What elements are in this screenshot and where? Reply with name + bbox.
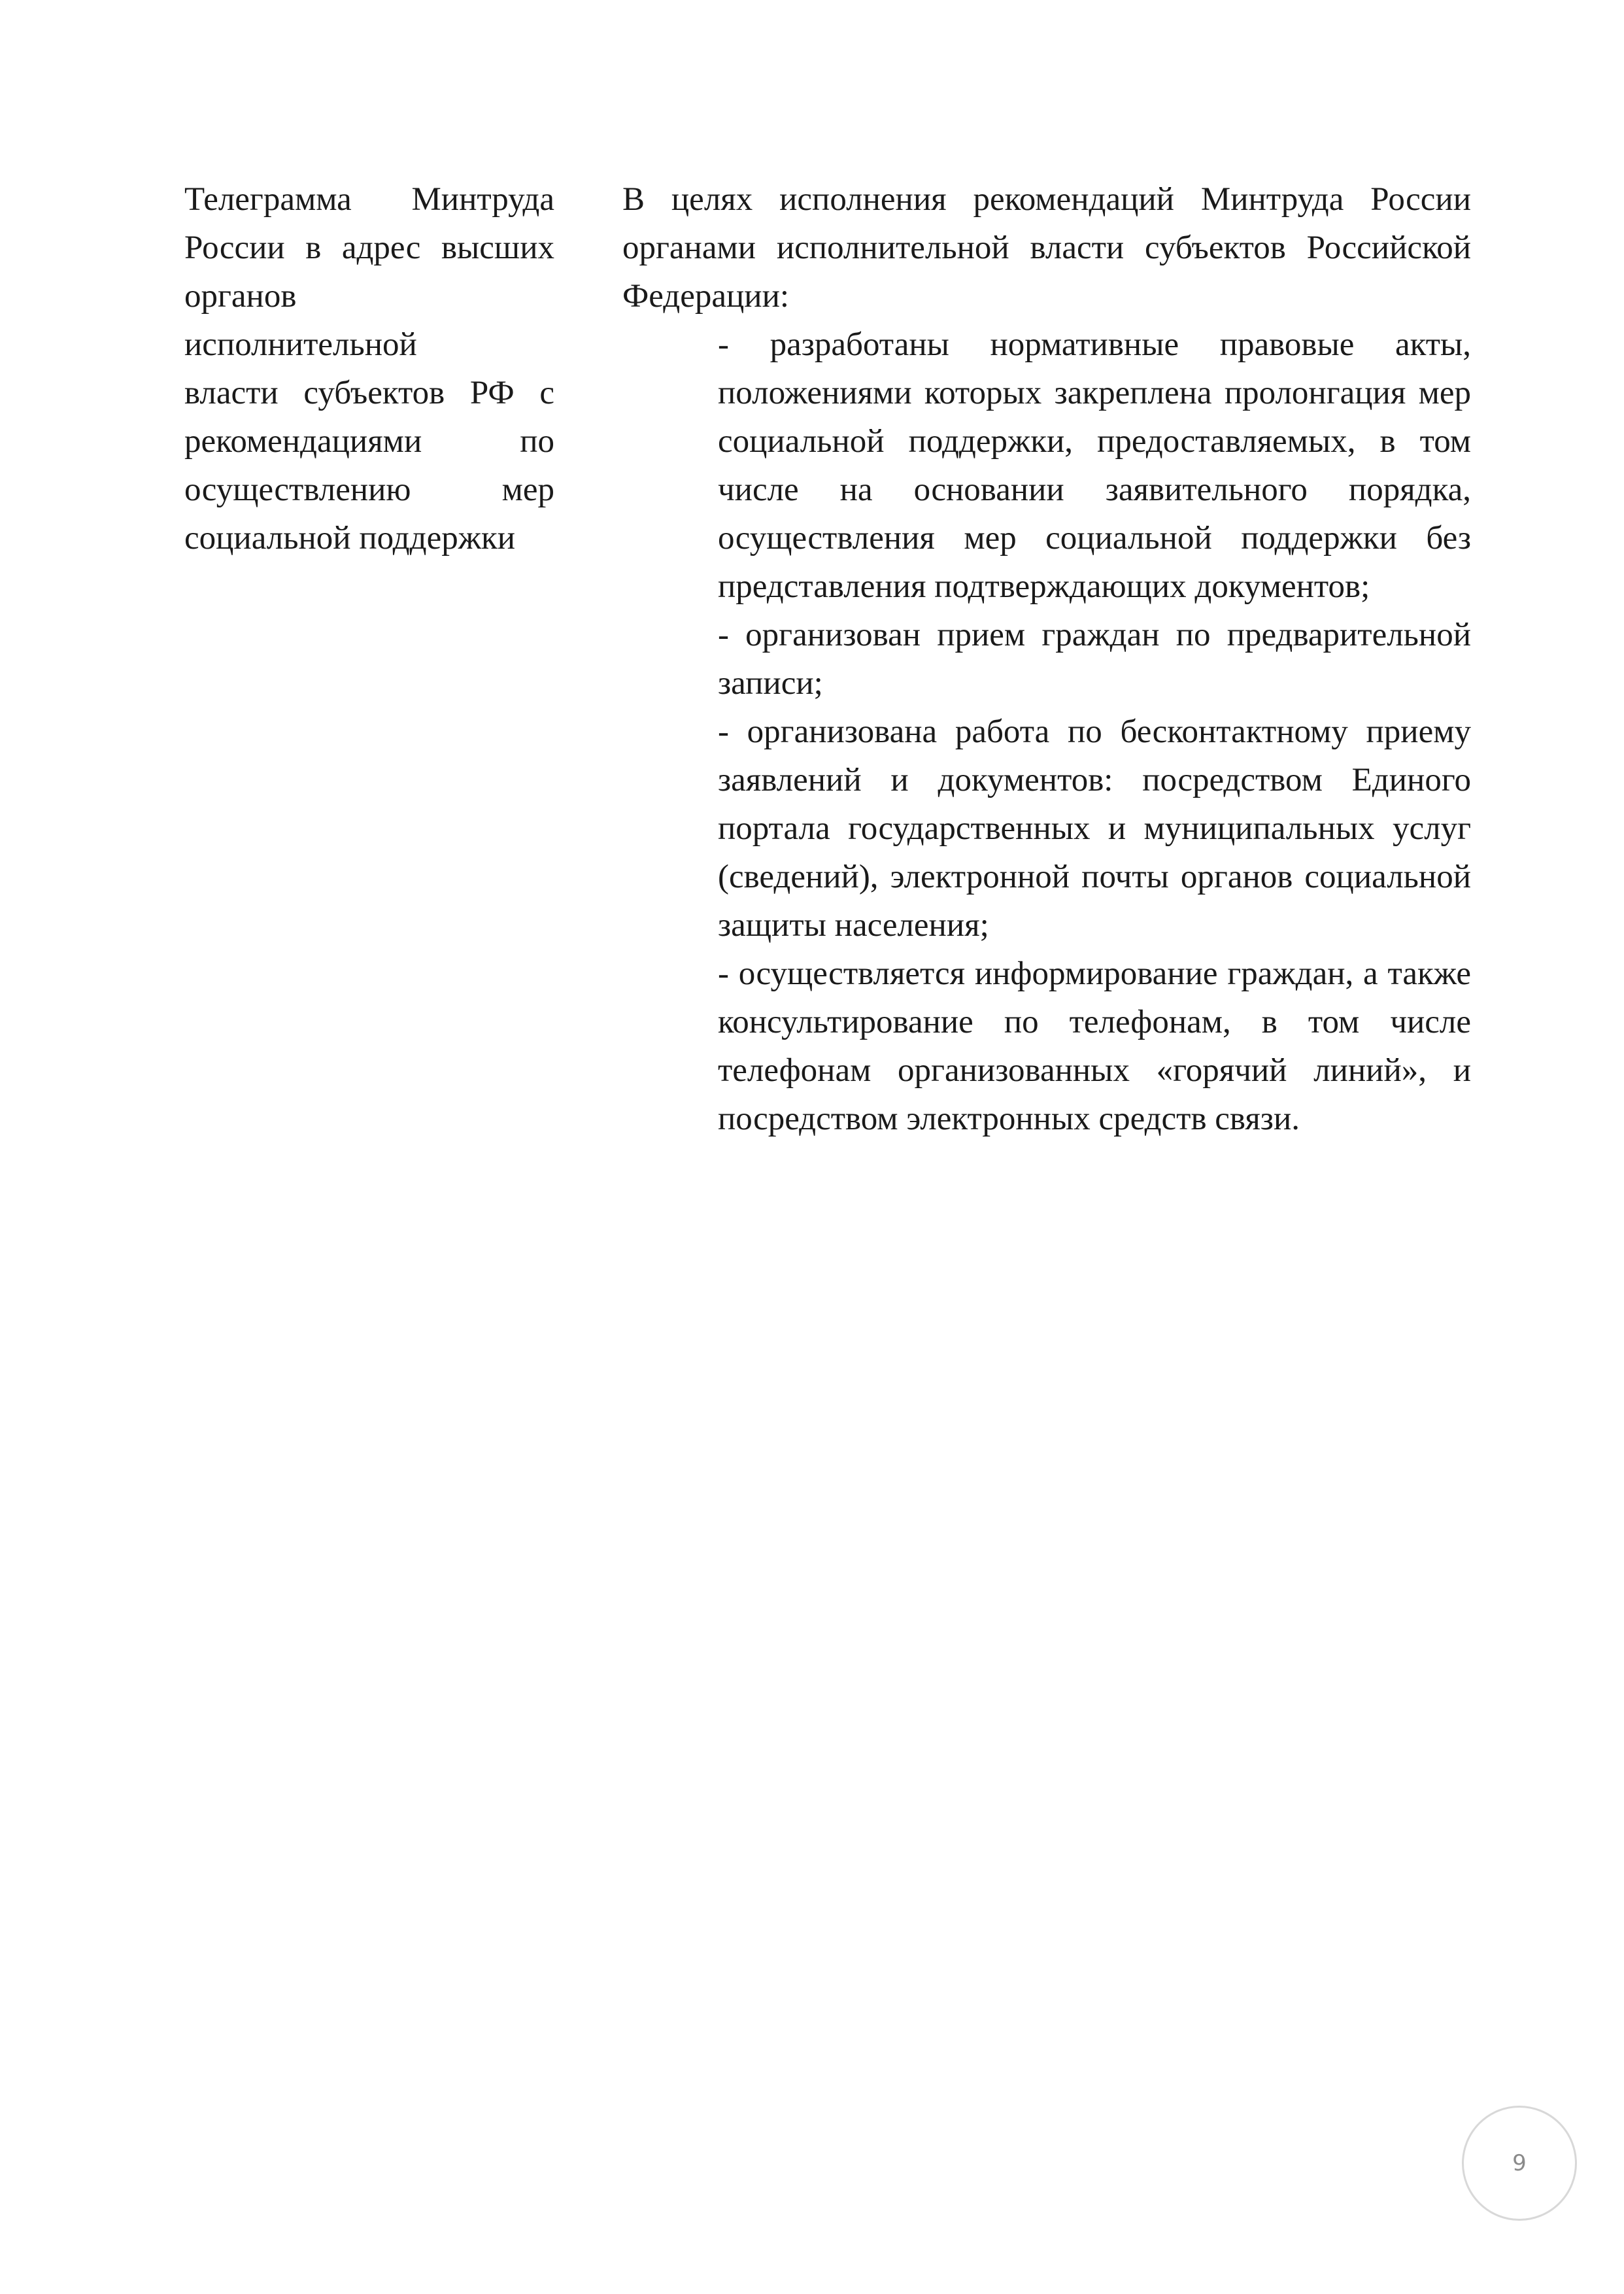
left-column-line: органов: [184, 272, 554, 320]
left-column-document-reference: Телеграмма Минтруда России в адрес высши…: [184, 175, 554, 562]
left-column-line: социальной поддержки: [184, 514, 554, 562]
left-column-line: исполнительной: [184, 320, 554, 369]
left-column-line: России в адрес высших: [184, 224, 554, 272]
measures-intro-paragraph: В целях исполнения рекомендаций Минтруда…: [622, 175, 1471, 320]
measures-list: - разработаны нормативные правовые акты,…: [622, 320, 1471, 1143]
list-item: - организована работа по бесконтактному …: [718, 708, 1471, 950]
left-column-line: осуществлению мер: [184, 466, 554, 514]
left-column-line: рекомендациями по: [184, 417, 554, 466]
right-column-measures: В целях исполнения рекомендаций Минтруда…: [622, 175, 1471, 1143]
list-item: - осуществляется информирование граждан,…: [718, 950, 1471, 1143]
left-column-line: Телеграмма Минтруда: [184, 175, 554, 224]
page-number-badge: 9: [1462, 2106, 1577, 2221]
document-page: Телеграмма Минтруда России в адрес высши…: [0, 0, 1624, 2294]
page-number: 9: [1512, 2150, 1527, 2176]
list-item: - разработаны нормативные правовые акты,…: [718, 320, 1471, 611]
left-column-line: власти субъектов РФ с: [184, 369, 554, 417]
list-item: - организован прием граждан по предварит…: [718, 611, 1471, 708]
